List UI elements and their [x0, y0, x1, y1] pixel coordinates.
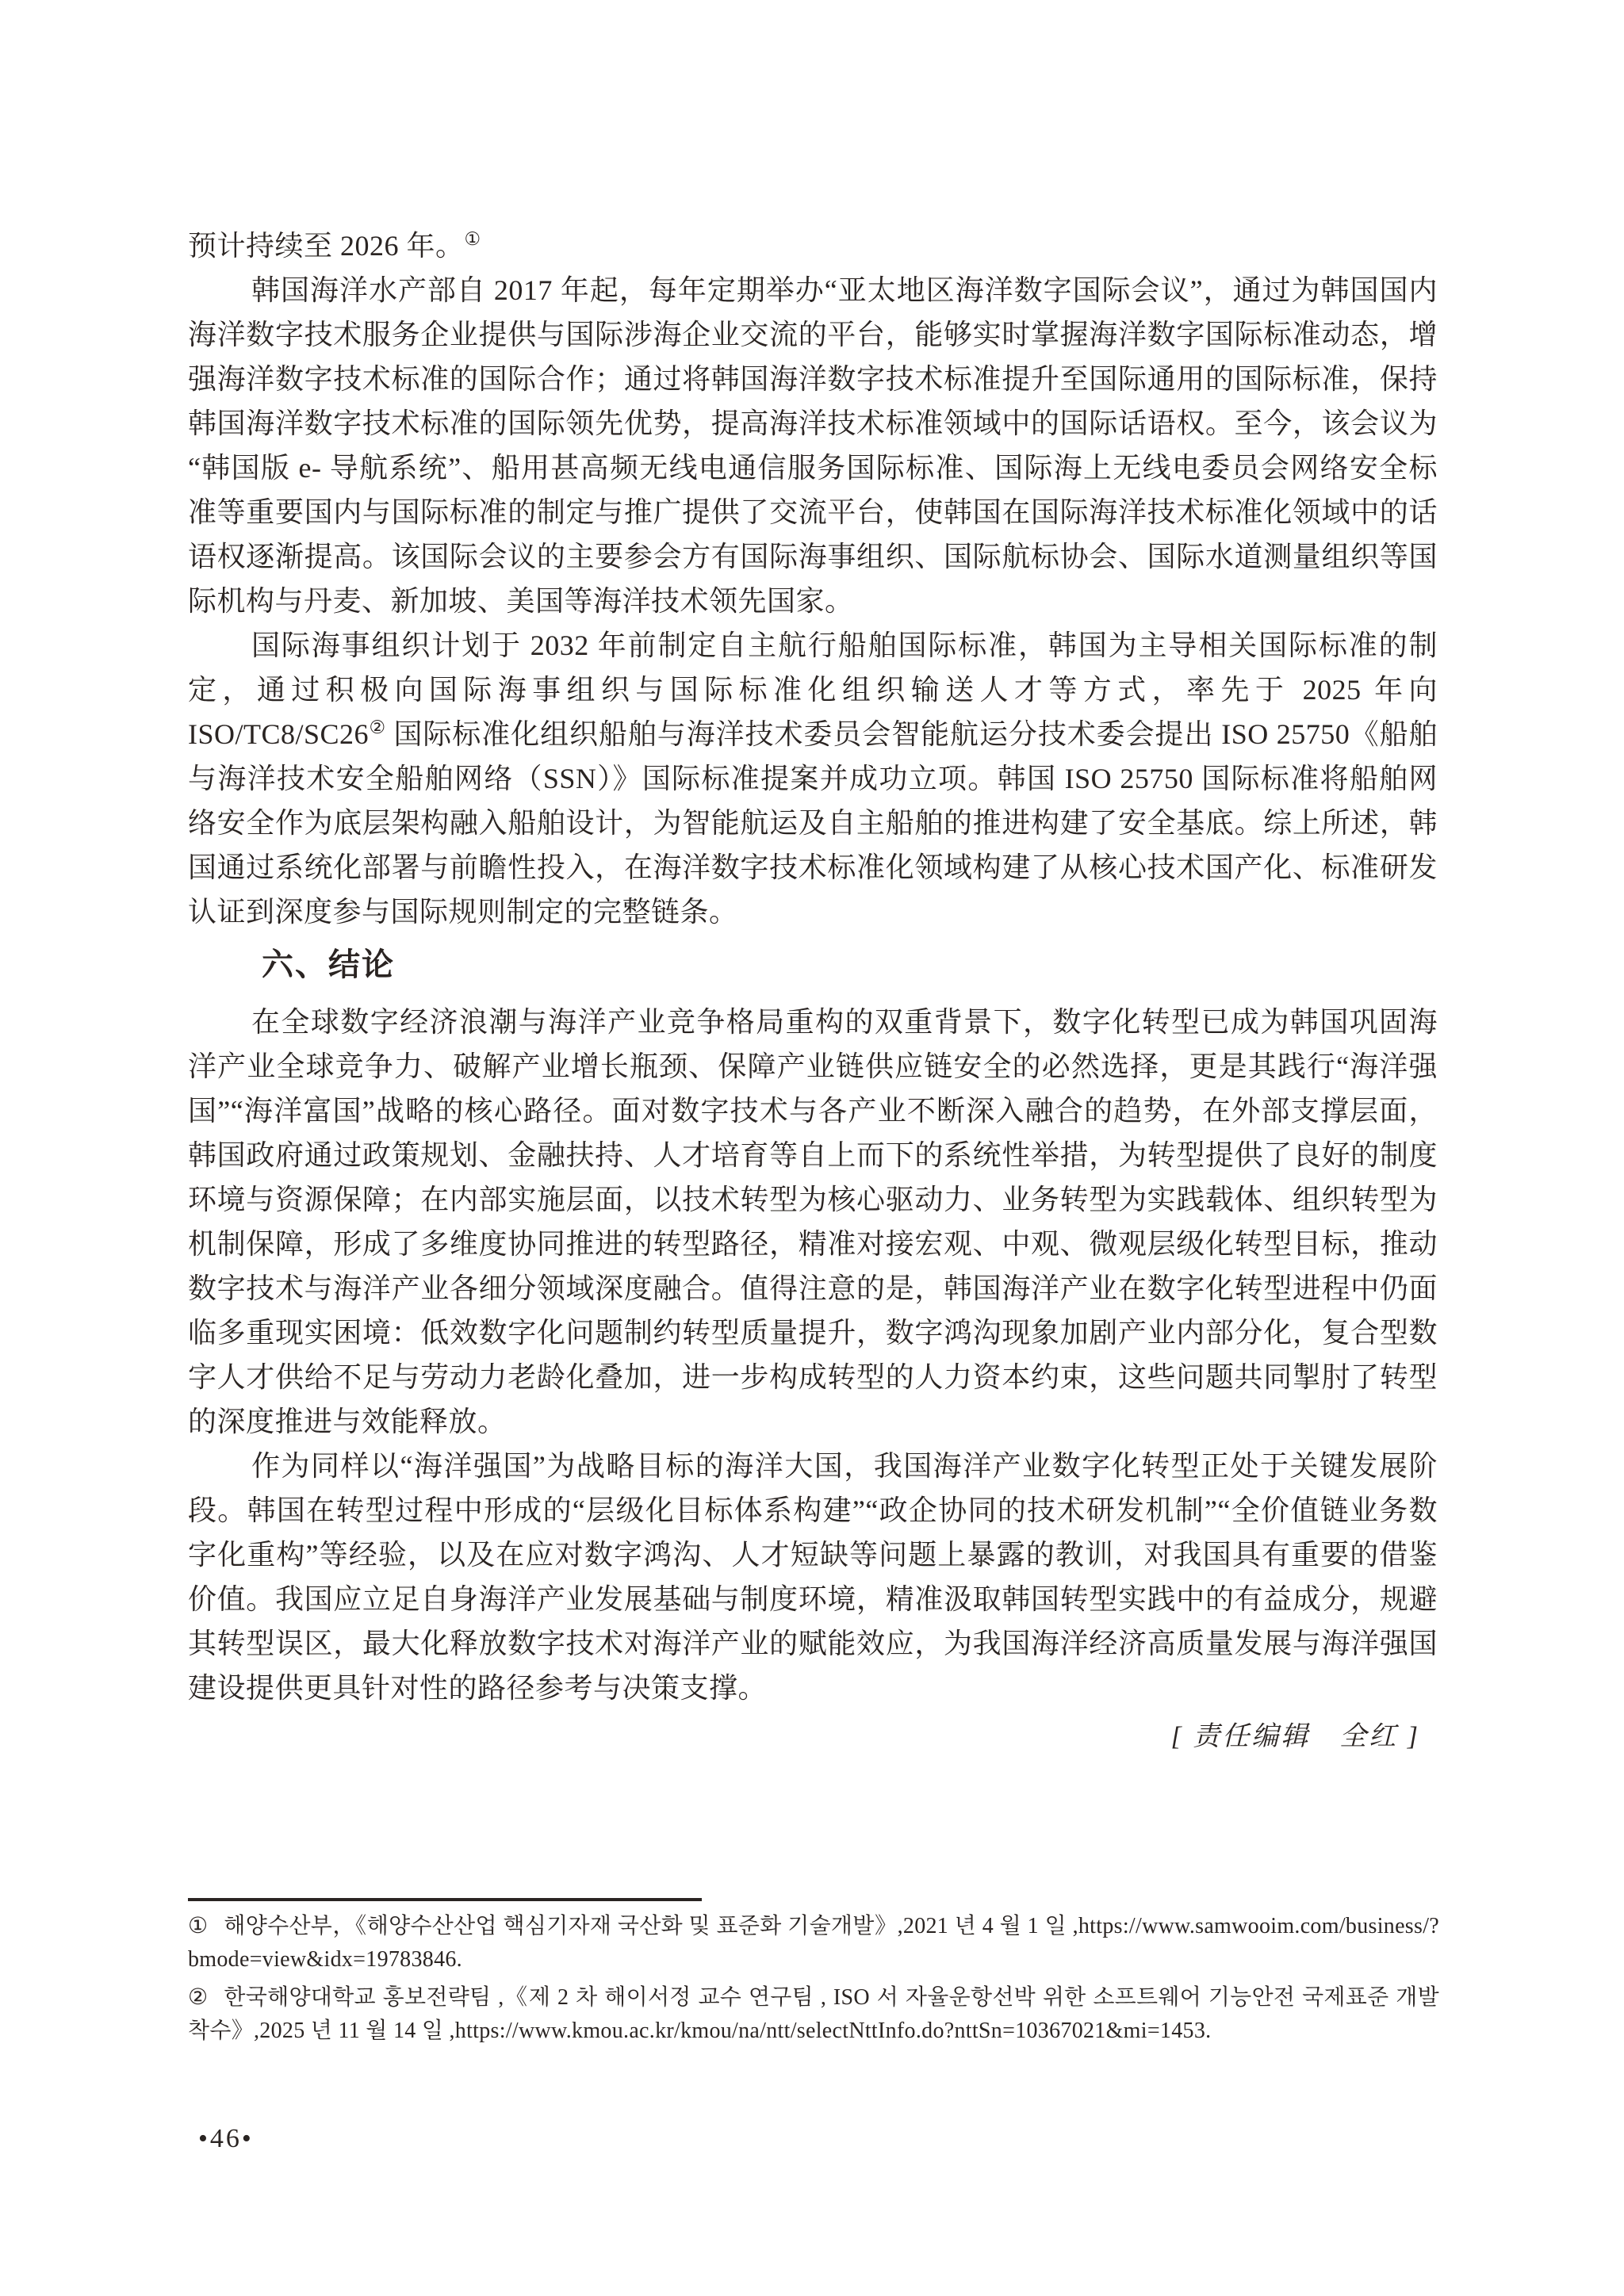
paragraph-conference: 韩国海洋水产部自 2017 年起，每年定期举办“亚太地区海洋数字国际会议”，通过… [188, 268, 1438, 623]
paragraph-conclusion-1: 在全球数字经济浪潮与海洋产业竞争格局重构的双重背景下，数字化转型已成为韩国巩固海… [188, 1000, 1438, 1444]
section-heading-conclusion: 六、结论 [188, 943, 1438, 987]
paragraph-conclusion-2: 作为同样以“海洋强国”为战略目标的海洋大国，我国海洋产业数字化转型正处于关键发展… [188, 1444, 1438, 1710]
footnote-ref-1: ① [465, 229, 481, 249]
footnote-1: ①해양수산부，《해양수산산업 핵심기자재 국산화 및 표준화 기술개발》,202… [188, 1910, 1439, 1976]
footnote-2: ②한국해양대학교 홍보전략팀 ,《제 2 차 해이서정 교수 연구팀 , ISO… [188, 1981, 1439, 2048]
editor-credit: [ 责任编辑 全红 ] [188, 1715, 1420, 1759]
footnote-ref-2: ② [369, 717, 385, 737]
article-body: 预计持续至 2026 年。① 韩国海洋水产部自 2017 年起，每年定期举办“亚… [188, 224, 1438, 1759]
paragraph-imo-standards: 国际海事组织计划于 2032 年前制定自主航行船舶国际标准，韩国为主导相关国际标… [188, 623, 1438, 934]
paragraph-text: 预计持续至 2026 年。 [188, 230, 465, 262]
footnotes-section: ①해양수산부，《해양수산산업 핵심기자재 국산화 및 표준화 기술개발》,202… [188, 1898, 1439, 2048]
footnote-marker-2: ② [188, 1981, 208, 2015]
footnote-text-1: 해양수산부，《해양수산산업 핵심기자재 국산화 및 표준화 기술개발》,2021… [188, 1914, 1439, 1972]
footnote-text-2: 한국해양대학교 홍보전략팀 ,《제 2 차 해이서정 교수 연구팀 , ISO … [188, 1985, 1439, 2043]
paragraph-continuation: 预计持续至 2026 年。① [188, 224, 1438, 268]
paragraph-text: 国际标准化组织船舶与海洋技术委员会智能航运分技术委会提出 ISO 25750《船… [188, 718, 1438, 928]
footnote-marker-1: ① [188, 1910, 208, 1943]
footnote-divider [188, 1898, 702, 1901]
page-number: •46• [198, 2123, 254, 2155]
journal-page: 预计持续至 2026 年。① 韩国海洋水产部自 2017 年起，每年定期举办“亚… [0, 0, 1624, 2296]
